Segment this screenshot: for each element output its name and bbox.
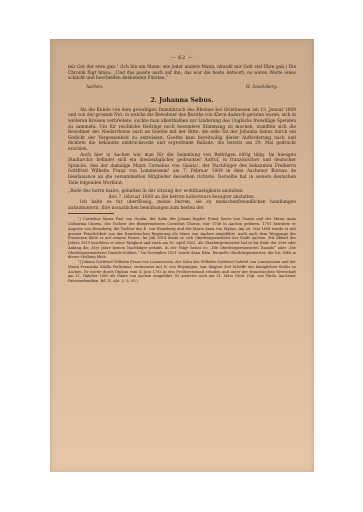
speech-quote: „Rede des herrn maire, gehalten in der s… <box>68 189 296 200</box>
body-paragraph: Als die Kunde von dem gewaltigen Dammbru… <box>68 108 296 153</box>
page-number: — 62 — <box>68 55 296 62</box>
book-page: — 62 — mir Got der eren gan.“ (Ich bin e… <box>50 39 314 472</box>
signature-author: H. Savelsberg. <box>246 85 278 91</box>
footnote-divider <box>68 213 114 214</box>
signature-place: Aachen. <box>86 85 104 91</box>
opening-paragraph: mir Got der eren gan.“ (Ich bin ein Mann… <box>68 65 296 82</box>
footnote-1: ¹) Cornelius Maria Paul von Guaita, der … <box>68 217 296 260</box>
footnote-2: ²) Johann Gottfried Wilhelm Franz von Lo… <box>68 260 296 284</box>
section-heading: 2. Johanna Sebus. <box>68 96 296 105</box>
signature-line: Aachen. H. Savelsberg. <box>86 85 278 91</box>
quote-title-line1: „Rede des herrn maire, gehalten in der s… <box>68 189 243 194</box>
quote-body: Ich halte es fur uberflüssig, meine herr… <box>68 200 296 211</box>
page-content: — 62 — mir Got der eren gan.“ (Ich bin e… <box>68 55 296 284</box>
body-paragraph: Auch hier in Aachen war man für die Samm… <box>68 153 296 187</box>
